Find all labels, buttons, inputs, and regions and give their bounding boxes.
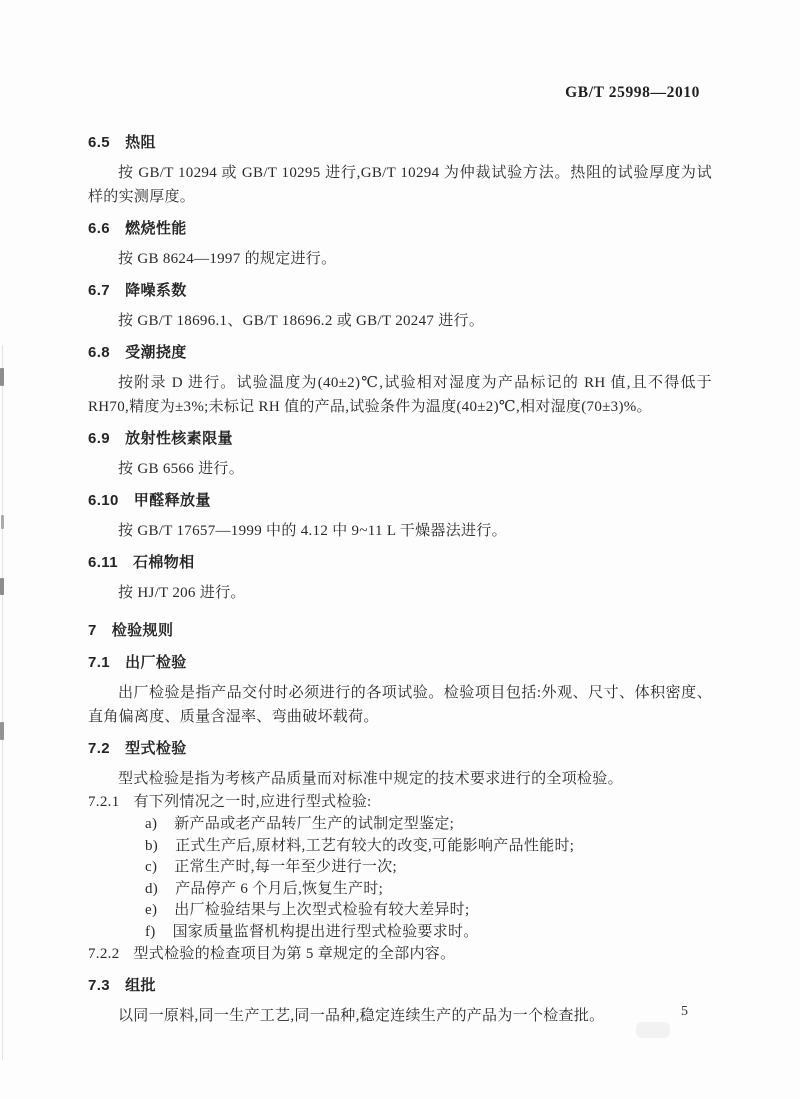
list-item-e: e)出厂检验结果与上次型式检验有较大差异时; [88, 900, 712, 922]
type-inspection-condition-list: a)新产品或老产品转厂生产的试制定型鉴定; b)正式生产后,原材料,工艺有较大的… [88, 814, 712, 943]
section-heading-6-8: 6.8受潮挠度 [88, 341, 712, 365]
paragraph-6-7: 按 GB/T 18696.1、GB/T 18696.2 或 GB/T 20247… [88, 309, 712, 333]
paragraph-6-11: 按 HJ/T 206 进行。 [88, 581, 712, 605]
section-heading-6-9: 6.9放射性核素限量 [88, 427, 712, 451]
list-item-text: 产品停产 6 个月后,恢复生产时; [175, 881, 383, 897]
section-heading-7-1: 7.1出厂检验 [88, 651, 712, 675]
section-title: 受潮挠度 [125, 344, 187, 361]
section-title: 放射性核素限量 [125, 430, 233, 447]
page-number: 5 [681, 1004, 688, 1020]
scan-artifact-dash [1, 515, 4, 529]
list-item-label: c) [145, 857, 157, 879]
document-page: GB/T 25998—2010 6.5热阻 按 GB/T 10294 或 GB/… [0, 0, 800, 1099]
list-item-b: b)正式生产后,原材料,工艺有较大的改变,可能影响产品性能时; [88, 836, 712, 858]
paragraph-6-6: 按 GB 8624—1997 的规定进行。 [88, 247, 712, 271]
section-heading-6-5: 6.5热阻 [88, 131, 712, 155]
document-content: 6.5热阻 按 GB/T 10294 或 GB/T 10295 进行,GB/T … [88, 131, 712, 1028]
chapter-heading-7: 7检验规则 [88, 619, 712, 643]
list-item-f: f)国家质量监督机构提出进行型式检验要求时。 [88, 922, 712, 944]
section-number: 6.9 [88, 427, 110, 451]
section-heading-7-3: 7.3组批 [88, 974, 712, 998]
section-number: 7.2 [88, 737, 110, 761]
list-item-label: a) [145, 814, 157, 836]
list-item-text: 国家质量监督机构提出进行型式检验要求时。 [173, 924, 479, 940]
clause-7-2-2: 7.2.2型式检验的检查项目为第 5 章规定的全部内容。 [88, 943, 712, 966]
list-item-text: 出厂检验结果与上次型式检验有较大差异时; [174, 902, 469, 918]
clause-text: 有下列情况之一时,应进行型式检验: [134, 794, 372, 810]
scan-artifact-dash [0, 368, 4, 386]
scan-artifact-dash [0, 578, 4, 595]
section-title: 燃烧性能 [125, 220, 187, 237]
list-item-text: 新产品或老产品转厂生产的试制定型鉴定; [174, 816, 454, 832]
section-title: 甲醛释放量 [134, 492, 211, 509]
clause-text: 型式检验的检查项目为第 5 章规定的全部内容。 [134, 946, 456, 962]
chapter-number: 7 [88, 619, 97, 643]
list-item-label: d) [145, 879, 158, 901]
paragraph-6-10: 按 GB/T 17657—1999 中的 4.12 中 9~11 L 干燥器法进… [88, 519, 712, 543]
paragraph-6-8: 按附录 D 进行。试验温度为(40±2)℃,试验相对湿度为产品标记的 RH 值,… [88, 371, 712, 419]
list-item-text: 正常生产时,每一年至少进行一次; [174, 859, 397, 875]
paragraph-7-3: 以同一原料,同一生产工艺,同一品种,稳定连续生产的产品为一个检查批。 [88, 1004, 712, 1028]
list-item-c: c)正常生产时,每一年至少进行一次; [88, 857, 712, 879]
paragraph-6-9: 按 GB 6566 进行。 [88, 457, 712, 481]
paragraph-7-1: 出厂检验是指产品交付时必须进行的各项试验。检验项目包括:外观、尺寸、体积密度、直… [88, 681, 712, 729]
list-item-a: a)新产品或老产品转厂生产的试制定型鉴定; [88, 814, 712, 836]
section-number: 6.6 [88, 217, 110, 241]
section-heading-6-11: 6.11石棉物相 [88, 551, 712, 575]
list-item-label: f) [145, 922, 156, 944]
chapter-title: 检验规则 [112, 622, 174, 639]
list-item-label: b) [145, 836, 158, 858]
scan-artifact-dash [0, 722, 4, 740]
section-title: 组批 [125, 977, 156, 994]
section-title: 出厂检验 [125, 654, 187, 671]
section-heading-6-7: 6.7降噪系数 [88, 279, 712, 303]
section-number: 7.1 [88, 651, 110, 675]
section-heading-6-10: 6.10甲醛释放量 [88, 489, 712, 513]
paragraph-7-2: 型式检验是指为考核产品质量而对标准中规定的技术要求进行的全项检验。 [88, 767, 712, 791]
list-item-label: e) [145, 900, 157, 922]
section-title: 型式检验 [125, 740, 187, 757]
standard-number-header: GB/T 25998—2010 [565, 84, 700, 102]
clause-number: 7.2.1 [88, 791, 120, 814]
clause-7-2-1: 7.2.1有下列情况之一时,应进行型式检验: [88, 791, 712, 814]
section-number: 7.3 [88, 974, 110, 998]
section-heading-7-2: 7.2型式检验 [88, 737, 712, 761]
scan-artifact-line [2, 345, 3, 1060]
section-number: 6.11 [88, 551, 118, 575]
clause-number: 7.2.2 [88, 943, 120, 966]
paragraph-6-5: 按 GB/T 10294 或 GB/T 10295 进行,GB/T 10294 … [88, 161, 712, 209]
list-item-text: 正式生产后,原材料,工艺有较大的改变,可能影响产品性能时; [175, 838, 574, 854]
section-number: 6.8 [88, 341, 110, 365]
section-title: 石棉物相 [133, 554, 195, 571]
section-number: 6.10 [88, 489, 119, 513]
list-item-d: d)产品停产 6 个月后,恢复生产时; [88, 879, 712, 901]
section-title: 降噪系数 [125, 282, 187, 299]
section-number: 6.5 [88, 131, 110, 155]
section-number: 6.7 [88, 279, 110, 303]
section-heading-6-6: 6.6燃烧性能 [88, 217, 712, 241]
section-title: 热阻 [125, 134, 156, 151]
